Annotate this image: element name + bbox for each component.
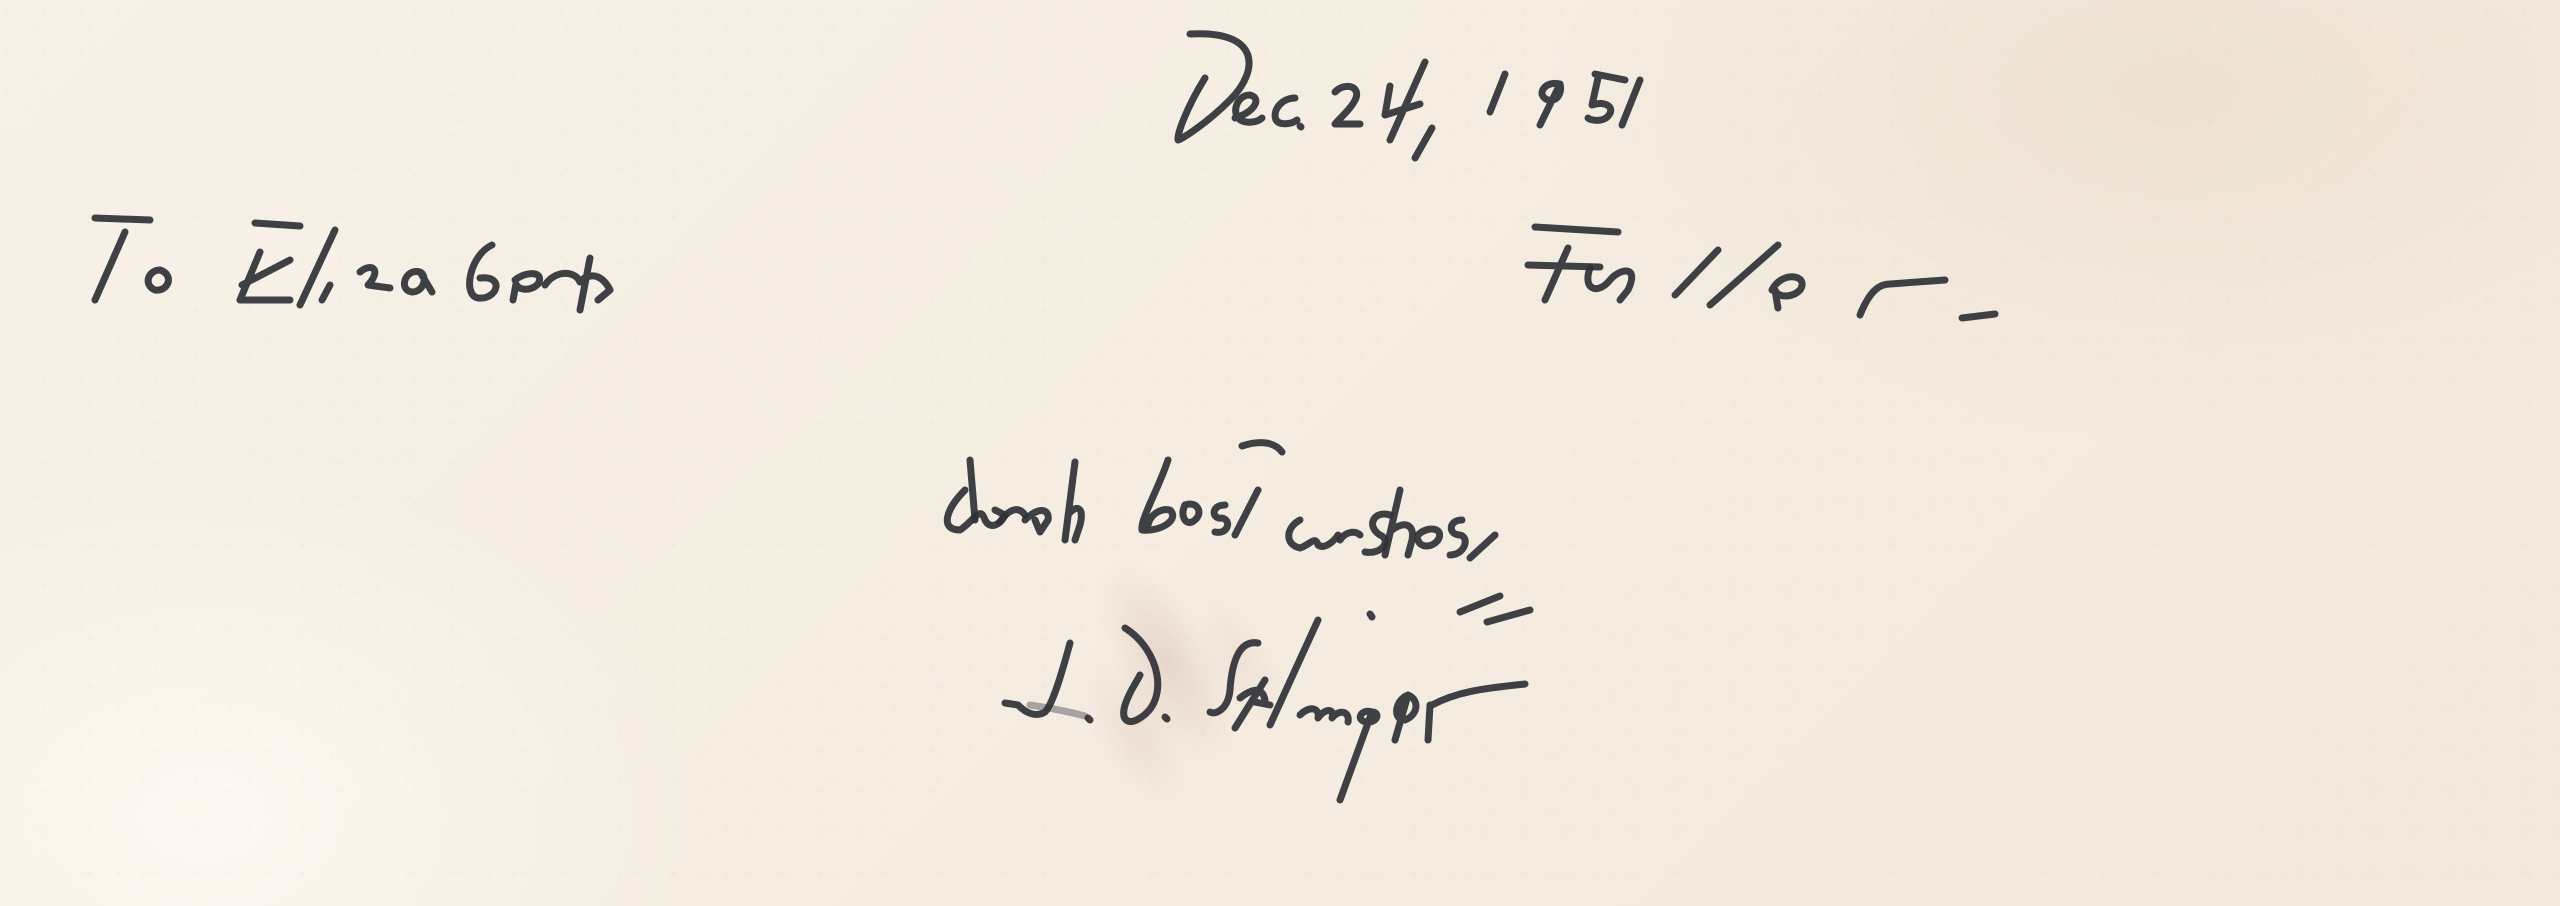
handwritten-closing <box>947 443 1500 612</box>
handwritten-greeting <box>95 218 1995 318</box>
handwriting-ink <box>0 0 2560 906</box>
handwritten-signature <box>1005 610 1530 800</box>
handwritten-date <box>1178 34 1640 158</box>
